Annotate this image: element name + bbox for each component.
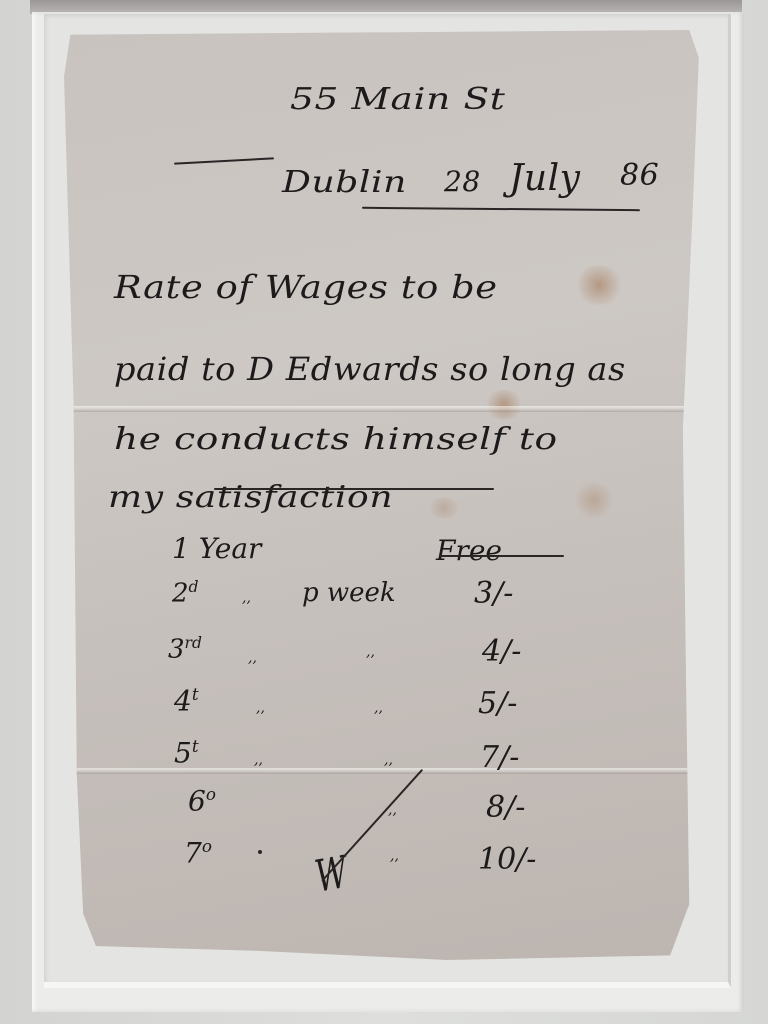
ditto-mark: ,, bbox=[366, 644, 375, 660]
signature-stroke bbox=[321, 769, 423, 882]
stain bbox=[484, 390, 524, 420]
amount-cell: 3/- bbox=[474, 576, 513, 611]
amount-cell: 4/- bbox=[482, 634, 521, 669]
stain bbox=[424, 498, 464, 518]
year-cell: 2d bbox=[172, 578, 199, 609]
amount-cell: 7/- bbox=[480, 740, 519, 775]
year-cell: 4t bbox=[174, 684, 199, 717]
date-month: July bbox=[509, 158, 580, 199]
ditto-dot bbox=[258, 850, 262, 854]
flourish-line bbox=[174, 157, 274, 164]
date-day: 28 bbox=[444, 165, 481, 198]
ditto-mark: ,, bbox=[374, 700, 383, 716]
handwritten-document: 55 Main St Dublin 28 July 86 Rate of Wag… bbox=[64, 30, 702, 960]
year-cell: 7o bbox=[184, 836, 212, 869]
address-text: 55 Main St bbox=[290, 82, 505, 117]
stain bbox=[574, 480, 614, 520]
per-week-label: p week bbox=[302, 578, 396, 608]
fold-line-lower bbox=[70, 768, 694, 774]
year-cell: 3rd bbox=[168, 634, 202, 665]
body-line-1: Rate of Wages to be bbox=[114, 268, 498, 306]
body-line-3: he conducts himself to bbox=[114, 422, 558, 457]
fold-line-upper bbox=[70, 406, 694, 412]
body-line-4: my satisfaction bbox=[108, 480, 393, 515]
ditto-mark: ,, bbox=[242, 590, 251, 606]
amount-cell: 5/- bbox=[478, 686, 517, 721]
stain bbox=[574, 265, 624, 305]
date-year: 86 bbox=[620, 158, 659, 193]
ditto-mark: ,, bbox=[390, 848, 399, 864]
amount-column-header: Free bbox=[436, 534, 502, 567]
amount-header-underline bbox=[439, 555, 564, 557]
ditto-mark: ,, bbox=[256, 700, 265, 716]
year-cell: 5t bbox=[174, 736, 199, 769]
satisfaction-underline bbox=[214, 488, 494, 490]
place-text: Dublin bbox=[282, 165, 407, 200]
body-line-2: paid to D Edwards so long as bbox=[114, 350, 626, 388]
amount-cell: 8/- bbox=[486, 790, 525, 825]
amount-cell: 10/- bbox=[478, 842, 536, 877]
ditto-mark: ,, bbox=[254, 752, 263, 768]
year-cell: 6o bbox=[188, 784, 216, 817]
ditto-mark: ,, bbox=[384, 752, 393, 768]
ditto-mark: ,, bbox=[248, 650, 257, 666]
year-column-header: 1 Year bbox=[172, 532, 261, 565]
date-underline bbox=[362, 207, 640, 211]
